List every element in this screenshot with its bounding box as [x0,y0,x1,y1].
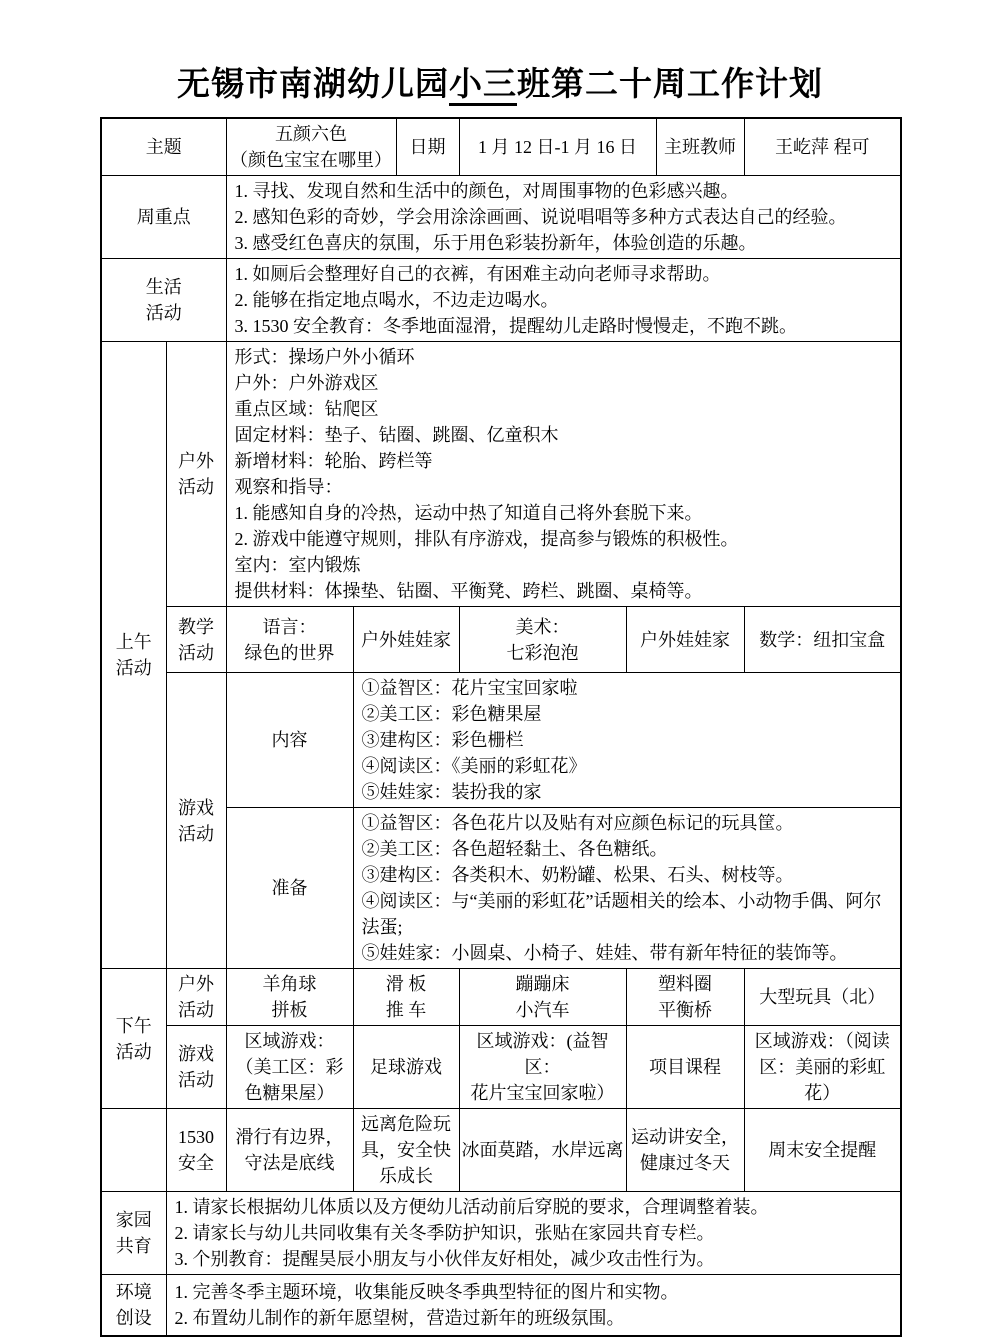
theme-value-cell: 五颜六色 （颜色宝宝在哪里） [226,118,396,176]
games-content-cell: ①益智区：花片宝宝回家啦 ②美工区：彩色糖果屋 ③建构区：彩色栅栏 ④阅读区：《… [353,673,901,808]
home-coop-label-cell: 家园 共育 [101,1192,166,1275]
teaching-row: 教学 活动 语言： 绿色的世界 户外娃娃家 美术： 七彩泡泡 户外娃娃家 数学：… [101,607,901,673]
teaching-cell-art: 美术： 七彩泡泡 [459,607,626,673]
header-row: 主题 五颜六色 （颜色宝宝在哪里） 日期 1 月 12 日-1 月 16 日 主… [101,118,901,176]
afternoon-outdoor-cell-4: 塑料圈 平衡桥 [626,969,744,1026]
afternoon-games-cell-3: 区域游戏：(益智区： 花片宝宝回家啦） [459,1026,626,1109]
games-prep-label-cell: 准备 [226,808,353,969]
week-focus-row: 周重点 1. 寻找、发现自然和生活中的颜色，对周围事物的色彩感兴趣。 2. 感知… [101,176,901,259]
teaching-cell-outdoor-house-1: 户外娃娃家 [353,607,459,673]
afternoon-games-cell-1: 区域游戏： （美工区：彩 色糖果屋） [226,1026,353,1109]
afternoon-label-cell: 下午 活动 [101,969,166,1109]
afternoon-outdoor-label-cell: 户外 活动 [166,969,226,1026]
afternoon-outdoor-row: 下午 活动 户外 活动 羊角球 拼板 滑 板 推 车 蹦蹦床 小汽车 塑料圈 平… [101,969,901,1026]
afternoon-games-cell-2: 足球游戏 [353,1026,459,1109]
teaching-label-cell: 教学 活动 [166,607,226,673]
games-content-row: 游戏 活动 内容 ①益智区：花片宝宝回家啦 ②美工区：彩色糖果屋 ③建构区：彩色… [101,673,901,808]
life-activity-row: 生活 活动 1. 如厕后会整理好自己的衣裤，有困难主动向老师寻求帮助。 2. 能… [101,259,901,342]
life-activity-label-cell: 生活 活动 [101,259,226,342]
week-focus-label-cell: 周重点 [101,176,226,259]
safety-row: 1530 安全 滑行有边界， 守法是底线 远离危险玩 具，安全快 乐成长 冰面莫… [101,1109,901,1192]
afternoon-games-row: 游戏 活动 区域游戏： （美工区：彩 色糖果屋） 足球游戏 区域游戏：(益智区：… [101,1026,901,1109]
games-prep-cell: ①益智区：各色花片以及贴有对应颜色标记的玩具筐。 ②美工区：各色超轻黏土、各色糖… [353,808,901,969]
teaching-cell-outdoor-house-2: 户外娃娃家 [626,607,744,673]
safety-empty-cell [101,1109,166,1192]
life-activity-content-cell: 1. 如厕后会整理好自己的衣裤，有困难主动向老师寻求帮助。 2. 能够在指定地点… [226,259,901,342]
title-pre: 无锡市南湖幼儿园 [177,65,449,102]
environment-label-cell: 环境 创设 [101,1275,166,1336]
games-label-cell: 游戏 活动 [166,673,226,969]
afternoon-outdoor-cell-3: 蹦蹦床 小汽车 [459,969,626,1026]
safety-cell-1: 滑行有边界， 守法是底线 [226,1109,353,1192]
safety-cell-2: 远离危险玩 具，安全快 乐成长 [353,1109,459,1192]
morning-outdoor-label-cell: 户外 活动 [166,342,226,607]
safety-cell-5: 周末安全提醒 [744,1109,901,1192]
afternoon-outdoor-cell-2: 滑 板 推 车 [353,969,459,1026]
head-teacher-label-cell: 主班教师 [656,118,744,176]
head-teacher-value-cell: 王屹萍 程可 [744,118,901,176]
page: 无锡市南湖幼儿园小三班第二十周工作计划 主题 五颜六色 （颜色宝宝在哪里） 日期… [0,0,1000,1342]
week-focus-content-cell: 1. 寻找、发现自然和生活中的颜色，对周围事物的色彩感兴趣。 2. 感知色彩的奇… [226,176,901,259]
morning-outdoor-content-cell: 形式：操场户外小循环 户外：户外游戏区 重点区域：钻爬区 固定材料：垫子、钻圈、… [226,342,901,607]
safety-label-cell: 1530 安全 [166,1109,226,1192]
afternoon-outdoor-cell-5: 大型玩具（北） [744,969,901,1026]
teaching-cell-math: 数学：纽扣宝盒 [744,607,901,673]
home-coop-row: 家园 共育 1. 请家长根据幼儿体质以及方便幼儿活动前后穿脱的要求，合理调整着装… [101,1192,901,1275]
page-title: 无锡市南湖幼儿园小三班第二十周工作计划 [0,58,1000,105]
games-content-label-cell: 内容 [226,673,353,808]
environment-content-cell: 1. 完善冬季主题环境，收集能反映冬季典型特征的图片和实物。 2. 布置幼儿制作… [166,1275,901,1336]
title-underlined-class: 小三 [449,65,517,106]
afternoon-games-label-cell: 游戏 活动 [166,1026,226,1109]
teaching-cell-language: 语言： 绿色的世界 [226,607,353,673]
environment-row: 环境 创设 1. 完善冬季主题环境，收集能反映冬季典型特征的图片和实物。 2. … [101,1275,901,1336]
afternoon-games-cell-5: 区域游戏：（阅读 区：美丽的彩虹 花） [744,1026,901,1109]
morning-label-cell: 上午 活动 [101,342,166,969]
date-label-cell: 日期 [396,118,459,176]
weekly-plan-table: 主题 五颜六色 （颜色宝宝在哪里） 日期 1 月 12 日-1 月 16 日 主… [100,117,902,1337]
afternoon-outdoor-cell-1: 羊角球 拼板 [226,969,353,1026]
theme-label-cell: 主题 [101,118,226,176]
title-post: 班第二十周工作计划 [517,65,823,102]
safety-cell-4: 运动讲安全， 健康过冬天 [626,1109,744,1192]
home-coop-content-cell: 1. 请家长根据幼儿体质以及方便幼儿活动前后穿脱的要求，合理调整着装。 2. 请… [166,1192,901,1275]
safety-cell-3: 冰面莫踏，水岸远离 [459,1109,626,1192]
date-value-cell: 1 月 12 日-1 月 16 日 [459,118,656,176]
afternoon-games-cell-4: 项目课程 [626,1026,744,1109]
morning-outdoor-row: 上午 活动 户外 活动 形式：操场户外小循环 户外：户外游戏区 重点区域：钻爬区… [101,342,901,607]
